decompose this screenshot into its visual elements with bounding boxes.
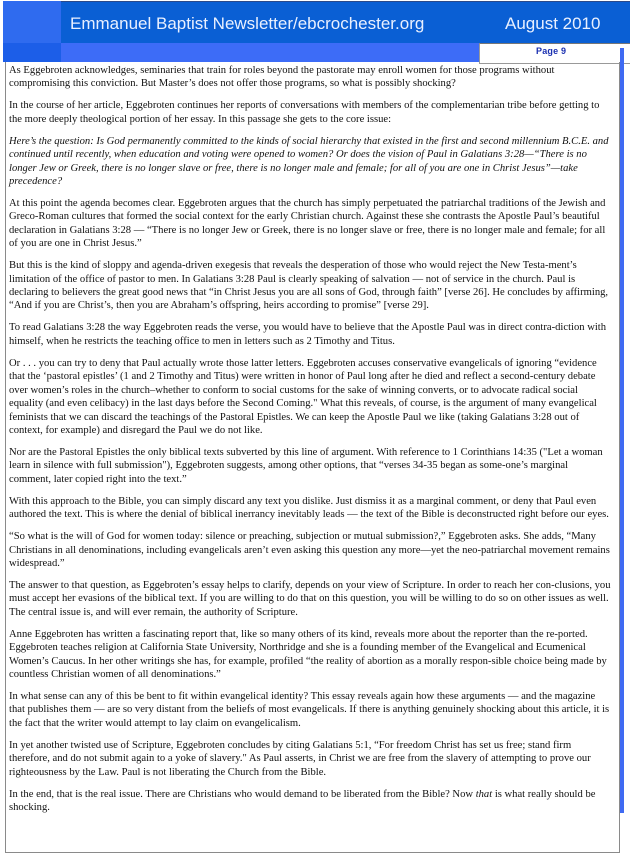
block-quote: Here’s the question: Is God permanently … — [9, 135, 612, 189]
paragraph: In what sense can any of this be bent to… — [9, 690, 612, 730]
paragraph: Or . . . you can try to deny that Paul a… — [9, 357, 612, 437]
right-accent-bar — [620, 48, 624, 813]
paragraph: Nor are the Pastoral Epistles the only b… — [9, 446, 612, 486]
closing-emphasis: that — [476, 789, 492, 800]
paragraph: The answer to that question, as Eggebrot… — [9, 579, 612, 619]
paragraph: At this point the agenda becomes clear. … — [9, 197, 612, 251]
paragraph: With this approach to the Bible, you can… — [9, 495, 612, 522]
paragraph: In yet another twisted use of Scripture,… — [9, 739, 612, 779]
header-subbar-accent — [3, 43, 61, 62]
header-accent-block — [3, 1, 61, 43]
paragraph: “So what is the will of God for women to… — [9, 530, 612, 570]
paragraph: To read Galatians 3:28 the way Eggebrote… — [9, 321, 612, 348]
header-subbar — [3, 43, 479, 62]
paragraph: In the course of her article, Eggebroten… — [9, 99, 612, 126]
paragraph: Anne Eggebroten has written a fascinatin… — [9, 628, 612, 682]
closing-paragraph: In the end, that is the real issue. Ther… — [9, 788, 612, 815]
closing-text-start: In the end, that is the real issue. Ther… — [9, 789, 476, 800]
paragraph: As Eggebroten acknowledges, seminaries t… — [9, 64, 612, 91]
page-number: Page 9 — [536, 46, 566, 56]
newsletter-title: Emmanuel Baptist Newsletter/ebcrochester… — [70, 14, 424, 34]
issue-date: August 2010 — [505, 14, 600, 34]
article-body: As Eggebroten acknowledges, seminaries t… — [9, 64, 612, 823]
paragraph: But this is the kind of sloppy and agend… — [9, 259, 612, 313]
